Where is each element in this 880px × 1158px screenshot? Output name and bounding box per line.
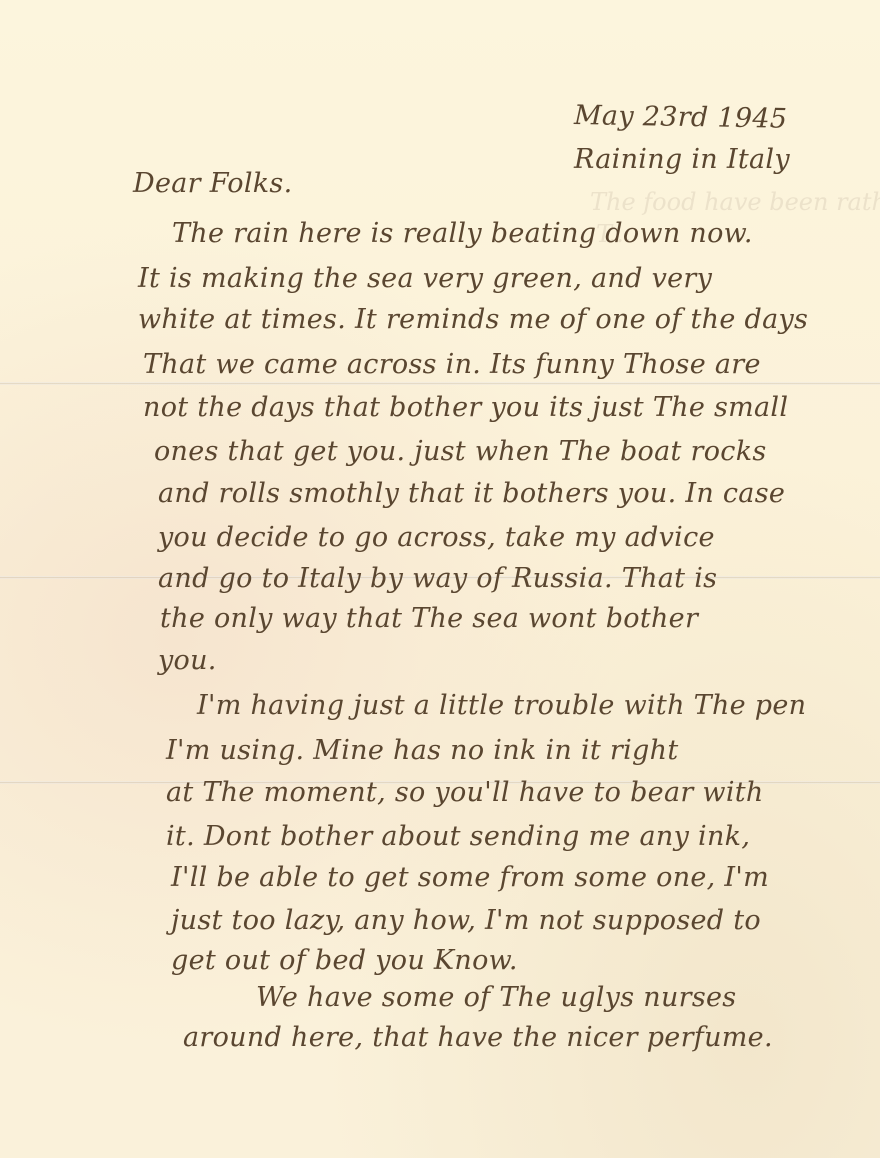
fold-crease-upper — [0, 382, 880, 385]
letter-line: not the days that bother you its just Th… — [143, 392, 788, 423]
bleed-through-text: The food have been rather good lately — [590, 188, 880, 216]
letter-line: I'll be able to get some from some one, … — [171, 862, 769, 893]
letter-location: Raining in Italy — [574, 144, 790, 175]
letter-line: I'm using. Mine has no ink in it right — [166, 735, 678, 766]
letter-line: you. — [158, 645, 217, 676]
letter-line: you decide to go across, take my advice — [158, 522, 715, 553]
letter-line: and rolls smothly that it bothers you. I… — [158, 478, 785, 509]
letter-line: it. Dont bother about sending me any ink… — [166, 821, 750, 852]
letter-page: The food have been rather good lately T.… — [0, 0, 880, 1158]
letter-line: the only way that The sea wont bother — [160, 603, 698, 634]
letter-date: May 23rd 1945 — [574, 100, 788, 135]
letter-line: I'm having just a little trouble with Th… — [197, 690, 806, 721]
letter-line: white at times. It reminds me of one of … — [138, 304, 808, 335]
letter-line: at The moment, so you'll have to bear wi… — [166, 777, 764, 808]
letter-line: around here, that have the nicer perfume… — [183, 1022, 773, 1053]
letter-line: get out of bed you Know. — [171, 945, 518, 976]
salutation: Dear Folks. — [133, 168, 292, 199]
letter-line: That we came across in. Its funny Those … — [143, 349, 761, 380]
letter-line: It is making the sea very green, and ver… — [138, 263, 712, 294]
letter-line: just too lazy, any how, I'm not supposed… — [171, 905, 761, 936]
letter-line: and go to Italy by way of Russia. That i… — [158, 563, 717, 594]
letter-line: ones that get you. just when The boat ro… — [154, 436, 767, 467]
letter-line: The rain here is really beating down now… — [172, 218, 753, 249]
letter-line: We have some of The uglys nurses — [256, 982, 736, 1013]
